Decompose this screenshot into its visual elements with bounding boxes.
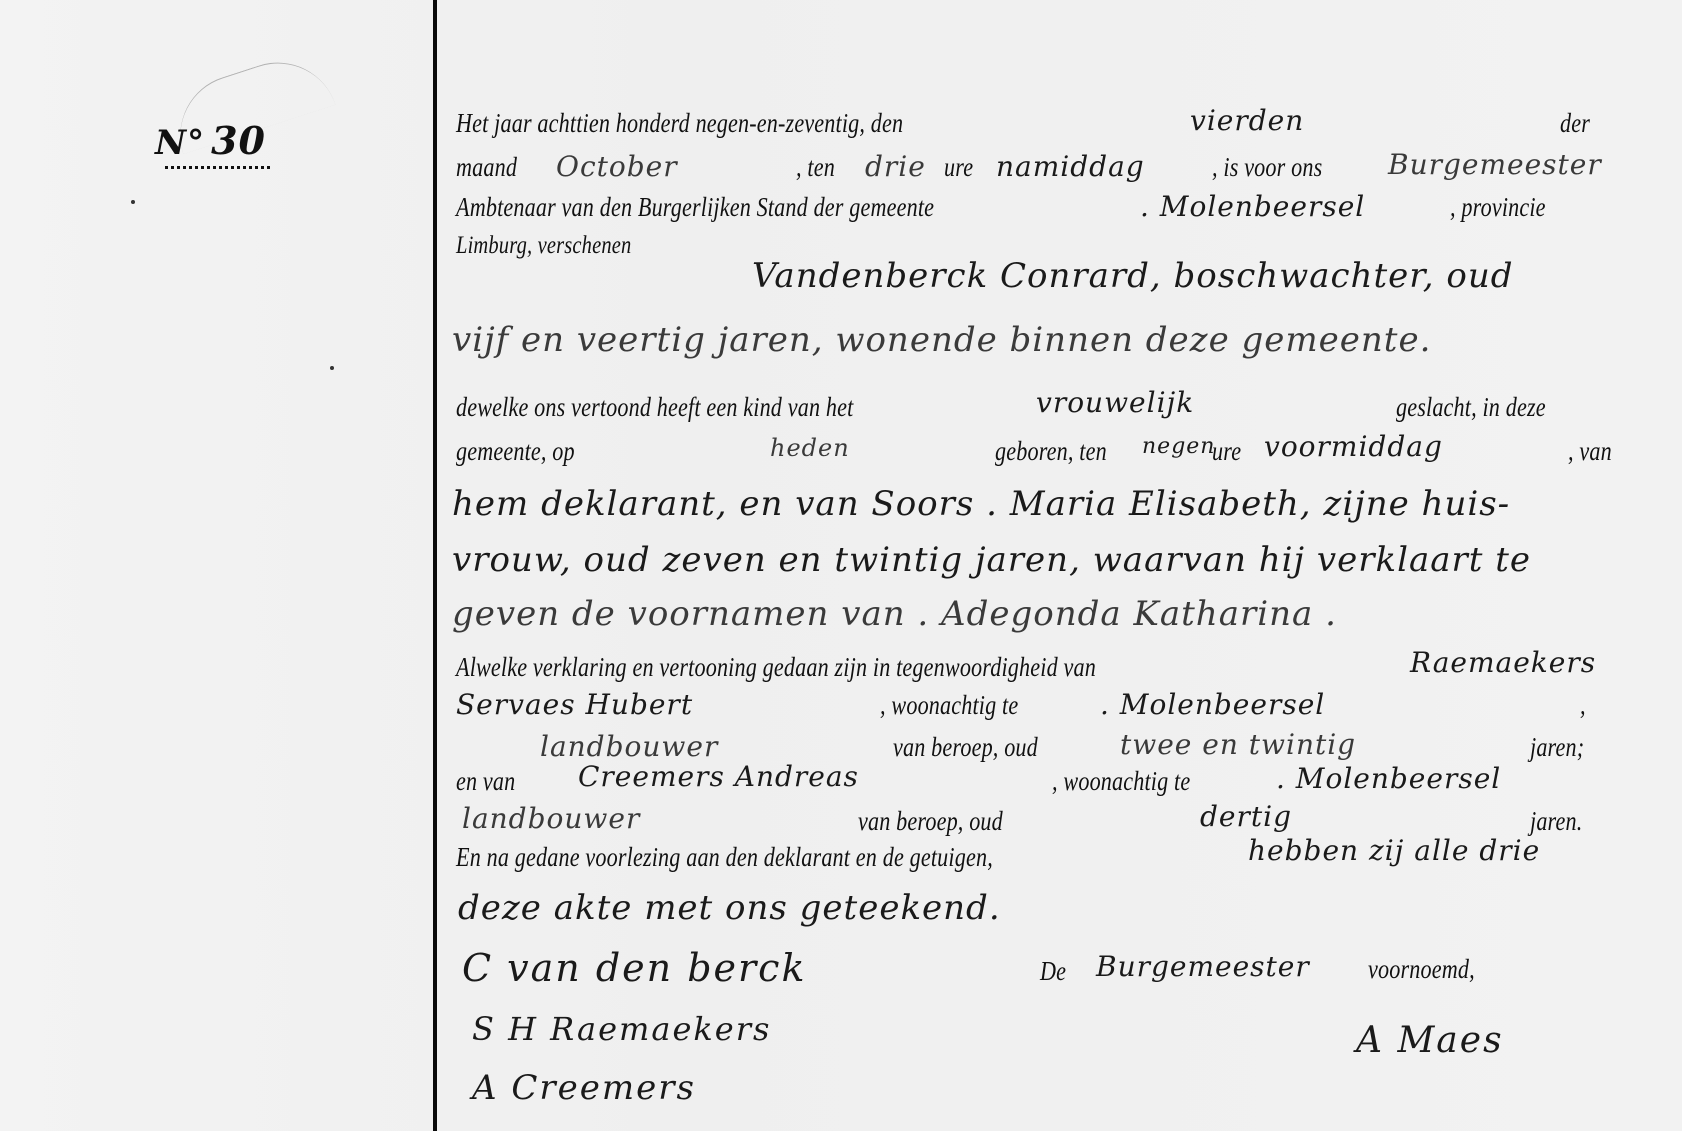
- record-number: N°30: [155, 118, 266, 163]
- signature-witness2: A Creemers: [472, 1068, 696, 1108]
- p1-declarant-hand: Vandenberck Conrard, boschwachter, oud: [752, 256, 1514, 296]
- p3-occupation2-hand: landbouwer: [462, 802, 640, 835]
- p1-line2-printed-d: , is voor ons: [1212, 152, 1347, 183]
- p2-mother-age-hand: vrouw, oud zeven en twintig jaren, waarv…: [452, 540, 1531, 580]
- p1-line3-printed-a: Ambtenaar van den Burgerlijken Stand der…: [456, 192, 1039, 223]
- p2-line1-printed-a: dewelke ons vertoond heeft een kind van …: [456, 392, 941, 423]
- p3-residence1-hand: . Molenbeersel: [1100, 688, 1325, 721]
- p4-line2-hand: deze akte met ons geteekend.: [458, 888, 1001, 928]
- closing-printed-b: voornoemd,: [1368, 954, 1498, 985]
- p4-line1-hand: hebben zij alle drie: [1248, 834, 1540, 867]
- p2-line2-printed-d: , van: [1568, 436, 1621, 467]
- p1-line3-printed-b: , provincie: [1450, 192, 1567, 223]
- p1-declarant-age-hand: vijf en veertig jaren, wonende binnen de…: [452, 320, 1431, 360]
- p3-line5-printed-a: van beroep, oud: [858, 806, 1035, 837]
- p3-line3-printed-a: van beroep, oud: [893, 732, 1070, 763]
- p1-line2-printed-c: ure: [944, 152, 980, 183]
- record-number-label: N°: [155, 123, 205, 163]
- closing-title-hand: Burgemeester: [1096, 950, 1310, 983]
- p3-line2-printed-a: , woonachtig te: [880, 690, 1049, 721]
- p1-line2-printed-a: maand: [456, 152, 531, 183]
- p2-day-hand: heden: [770, 434, 850, 462]
- p1-time-hand: namiddag: [996, 150, 1145, 183]
- p2-time-hand: voormiddag: [1264, 430, 1443, 463]
- p1-line4-printed: Limburg, verschenen: [456, 232, 670, 260]
- p2-line2-printed-a: gemeente, op: [456, 436, 601, 467]
- p3-line1-printed: Alwelke verklaring en vertooning gedaan …: [456, 652, 1236, 683]
- p1-month-hand: October: [556, 150, 678, 183]
- p4-line1-printed: En na gedane voorlezing aan den deklaran…: [456, 842, 1111, 873]
- p2-hour-hand: negen: [1142, 434, 1215, 459]
- p3-line4-printed-a: en van: [456, 766, 528, 797]
- left-margin: N°30: [0, 0, 433, 1131]
- p2-child-names-hand: geven de voornamen van . Adegonda Kathar…: [452, 594, 1337, 634]
- p2-line1-printed-b: geslacht, in deze: [1396, 392, 1579, 423]
- p3-line5-printed-b: jaren.: [1530, 806, 1594, 837]
- p1-line2-printed-b: , ten: [796, 152, 844, 183]
- p3-line4-printed-b: , woonachtig te: [1052, 766, 1221, 797]
- p2-mother-hand: hem deklarant, en van Soors . Maria Elis…: [452, 484, 1510, 524]
- p1-hour-hand: drie: [865, 150, 926, 183]
- p3-occupation1-hand: landbouwer: [540, 730, 718, 763]
- ink-speck: [330, 366, 334, 370]
- p3-witness1-given-hand: Servaes Hubert: [456, 688, 693, 721]
- p3-line3-printed-b: jaren;: [1530, 732, 1596, 763]
- record-number-underline: [165, 161, 270, 169]
- p3-age1-hand: twee en twintig: [1120, 728, 1356, 761]
- p1-day-hand: vierden: [1190, 104, 1304, 137]
- p3-age2-hand: dertig: [1200, 800, 1292, 833]
- p1-line1-printed-a: Het jaar achttien honderd negen-en-zeven…: [456, 108, 1001, 139]
- p2-line2-printed-b: geboren, ten: [995, 436, 1131, 467]
- ink-speck: [131, 200, 135, 204]
- p2-line2-printed-c: ure: [1212, 436, 1248, 467]
- p2-sex-hand: vrouwelijk: [1036, 386, 1194, 419]
- record-number-value: 30: [211, 118, 266, 163]
- p3-witness2-hand: Creemers Andreas: [578, 760, 859, 793]
- signature-mayor: A Maes: [1356, 1020, 1504, 1061]
- p3-line2-printed-b: ,: [1580, 690, 1587, 721]
- vertical-rule: [433, 0, 437, 1131]
- p3-witness1-surname-hand: Raemaekers: [1410, 646, 1596, 679]
- signature-declarant: C van den berck: [462, 946, 806, 990]
- p1-official-hand: Burgemeester: [1388, 148, 1602, 181]
- closing-printed-a: De: [1040, 956, 1072, 987]
- signature-witness1: S H Raemaekers: [472, 1010, 771, 1048]
- p1-municipality-hand: . Molenbeersel: [1140, 190, 1365, 223]
- register-page: N°30 Het jaar achttien honderd negen-en-…: [0, 0, 1682, 1131]
- p3-residence2-hand: . Molenbeersel: [1276, 762, 1501, 795]
- p1-line1-printed-b: der: [1560, 108, 1597, 139]
